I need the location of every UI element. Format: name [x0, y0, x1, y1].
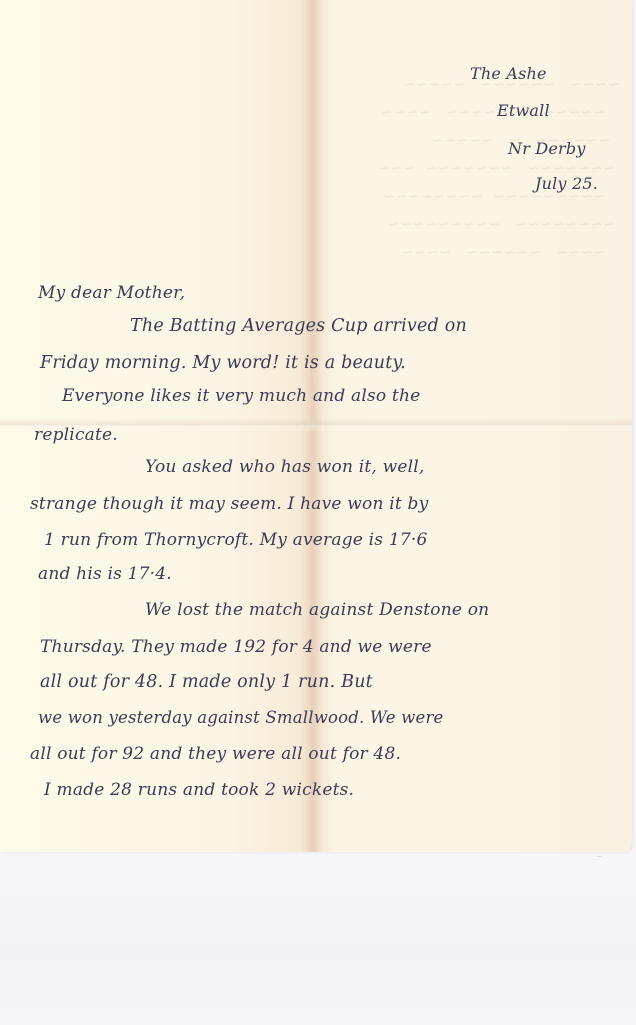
body-line: Thursday. They made 192 for 4 and we wer…	[40, 637, 432, 657]
body-line: The Batting Averages Cup arrived on	[130, 316, 467, 336]
letter-page: ~~~~ ~~~~~~ ~~~~~ ~~~~~ ~~~~~~~ ~~~~ ~~~…	[0, 0, 632, 852]
body-line: Everyone likes it very much and also the	[62, 386, 420, 406]
body-line: I made 28 runs and took 2 wickets.	[44, 780, 354, 800]
body-line: we won yesterday against Smallwood. We w…	[38, 708, 444, 727]
body-line: You asked who has won it, well,	[145, 457, 425, 477]
address-line-1: The Ashe	[470, 64, 547, 83]
body-line: all out for 92 and they were all out for…	[30, 744, 401, 764]
salutation: My dear Mother,	[38, 283, 185, 303]
letter-date: July 25.	[535, 174, 598, 193]
body-line: We lost the match against Denstone on	[145, 600, 489, 620]
scanner-background	[0, 850, 636, 1025]
body-line: all out for 48. I made only 1 run. But	[40, 672, 373, 692]
body-line: 1 run from Thornycroft. My average is 17…	[44, 530, 427, 550]
body-line: replicate.	[34, 425, 118, 445]
body-line: strange though it may seem. I have won i…	[30, 494, 428, 514]
body-line: and his is 17·4.	[38, 564, 172, 584]
body-line: Friday morning. My word! it is a beauty.	[40, 353, 406, 373]
address-line-2: Etwall	[497, 101, 550, 120]
scan-artifact: ~	[596, 852, 603, 861]
address-line-3: Nr Derby	[508, 139, 586, 158]
